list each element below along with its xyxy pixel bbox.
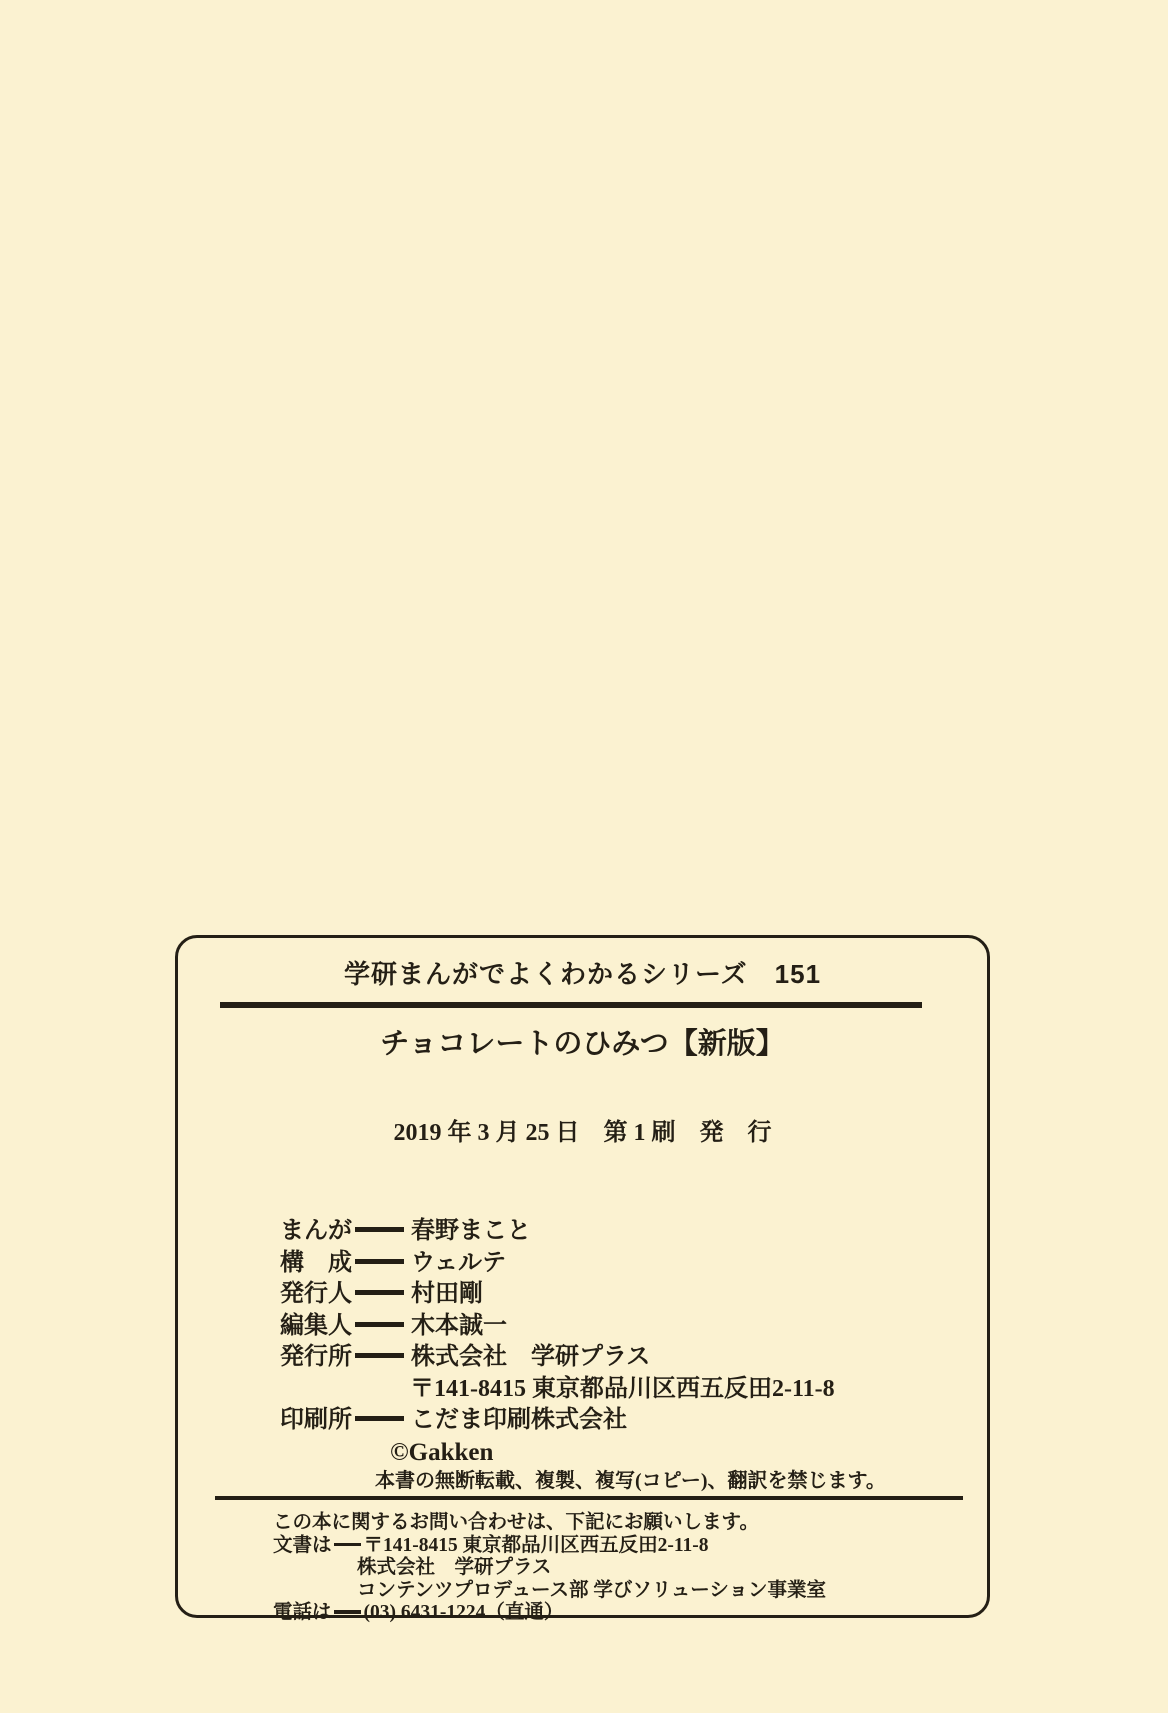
contact-row-company: 株式会社 学研プラス: [357, 1557, 987, 1580]
contact-divider-rule: [215, 1496, 963, 1500]
credit-label: 発行所: [280, 1344, 352, 1370]
edition-date: 2019 年 3 月 25 日 第 1 刷 発 行: [178, 1112, 987, 1136]
copyright-notice: ©Gakken: [390, 1437, 987, 1469]
contact-intro: この本に関するお問い合わせは、下記にお願いします。: [273, 1512, 987, 1535]
contact-label: 電話は: [273, 1602, 332, 1623]
contact-row-department: コンテンツプロデュース部 学びソリューション事業室: [357, 1580, 987, 1603]
credits-list: まんが春野まこと 構 成ウェルテ 発行人村田剛 編集人木本誠一 発行所株式会社 …: [178, 1216, 987, 1437]
credit-value: 木本誠一: [411, 1313, 507, 1339]
series-title-rule: [220, 1002, 922, 1008]
publisher-address: 〒141-8415 東京都品川区西五反田2-11-8: [410, 1376, 835, 1402]
contact-value: 株式会社 学研プラス: [357, 1557, 551, 1578]
dash-rule: [355, 1322, 404, 1327]
credit-value: 村田剛: [411, 1281, 483, 1307]
credit-row-insatsusho: 印刷所こだま印刷株式会社: [280, 1405, 987, 1437]
dash-rule: [334, 1543, 361, 1547]
credit-value: 春野まこと: [411, 1218, 531, 1244]
credit-row-publisher-address: 〒141-8415 東京都品川区西五反田2-11-8: [410, 1374, 987, 1406]
dash-rule: [355, 1259, 404, 1264]
contact-section: この本に関するお問い合わせは、下記にお願いします。 文書は〒141-8415 東…: [178, 1512, 987, 1625]
credit-row-hakkounin: 発行人村田剛: [280, 1279, 987, 1311]
dash-rule: [355, 1227, 404, 1232]
colophon-page: { "colophon": { "series_title": "学研まんがでよ…: [0, 0, 1168, 1713]
credit-value: ウェルテ: [411, 1250, 506, 1276]
credit-row-manga: まんが春野まこと: [280, 1216, 987, 1248]
credit-value: こだま印刷株式会社: [411, 1407, 627, 1433]
series-title: 学研まんがでよくわかるシリーズ 151: [178, 954, 987, 991]
contact-value: コンテンツプロデュース部 学びソリューション事業室: [357, 1580, 826, 1601]
contact-row-denwa: 電話は(03) 6431-1224（直通）: [273, 1602, 987, 1625]
dash-rule: [355, 1353, 404, 1358]
credit-row-hakkousho: 発行所株式会社 学研プラス: [280, 1342, 987, 1374]
credit-label: まんが: [280, 1218, 352, 1244]
credit-value: 株式会社 学研プラス: [411, 1344, 650, 1370]
contact-row-bunsho: 文書は〒141-8415 東京都品川区西五反田2-11-8: [273, 1535, 987, 1558]
credit-label: 編集人: [280, 1313, 352, 1339]
credit-row-kousei: 構 成ウェルテ: [280, 1248, 987, 1280]
dash-rule: [355, 1416, 404, 1421]
contact-value: 〒141-8415 東京都品川区西五反田2-11-8: [364, 1535, 709, 1556]
contact-label: 文書は: [273, 1535, 332, 1556]
dash-rule: [334, 1610, 361, 1614]
credit-label: 印刷所: [280, 1407, 352, 1433]
book-title: チョコレートのひみつ【新版】: [178, 1021, 987, 1062]
rights-notice: 本書の無断転載、複製、複写(コピー)、翻訳を禁じます。: [375, 1468, 987, 1494]
dash-rule: [355, 1290, 404, 1295]
credit-row-henshuunin: 編集人木本誠一: [280, 1311, 987, 1343]
credit-label: 発行人: [280, 1281, 352, 1307]
colophon-box: 学研まんがでよくわかるシリーズ 151 チョコレートのひみつ【新版】 2019 …: [175, 935, 990, 1618]
credit-label: 構 成: [280, 1250, 352, 1276]
contact-value: (03) 6431-1224（直通）: [364, 1602, 564, 1623]
